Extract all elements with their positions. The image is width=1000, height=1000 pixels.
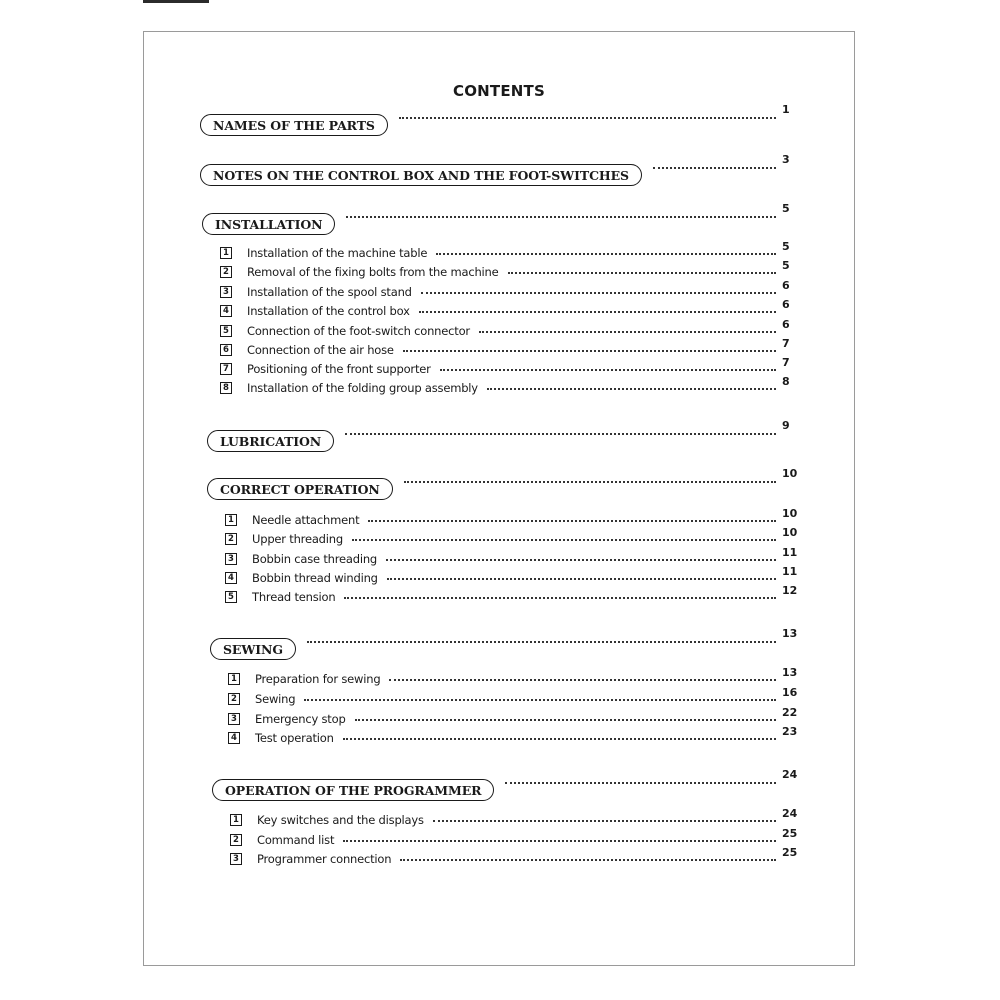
dot-leader <box>403 350 776 352</box>
boxed-number: 3 <box>228 713 240 725</box>
dot-leader <box>389 679 776 681</box>
toc-section[interactable]: SEWING <box>210 634 296 664</box>
toc-section[interactable]: INSTALLATION <box>202 209 335 239</box>
entry-title[interactable]: Emergency stop <box>255 712 346 726</box>
toc-entry[interactable]: 2Command list <box>230 831 334 849</box>
dot-leader <box>440 369 776 371</box>
entry-page-number: 11 <box>782 546 797 559</box>
entry-page-number: 11 <box>782 565 797 578</box>
toc-entry[interactable]: 1Preparation for sewing <box>228 670 380 688</box>
entry-page-number: 13 <box>782 666 797 679</box>
toc-entry[interactable]: 2Removal of the fixing bolts from the ma… <box>220 263 499 281</box>
entry-page-number: 7 <box>782 356 790 369</box>
dot-leader <box>387 578 776 580</box>
boxed-number: 5 <box>225 591 237 603</box>
boxed-number: 1 <box>228 673 240 685</box>
entry-page-number: 22 <box>782 706 797 719</box>
toc-entry[interactable]: 1Installation of the machine table <box>220 244 427 262</box>
section-page-number: 1 <box>782 103 790 116</box>
boxed-number: 2 <box>220 266 232 278</box>
dot-leader <box>346 216 776 218</box>
dot-leader <box>404 481 776 483</box>
dot-leader <box>343 738 776 740</box>
section-heading[interactable]: INSTALLATION <box>202 213 335 235</box>
boxed-number: 4 <box>225 572 237 584</box>
entry-title[interactable]: Connection of the air hose <box>247 343 394 357</box>
dot-leader <box>343 840 776 842</box>
entry-title[interactable]: Test operation <box>255 731 334 745</box>
boxed-number: 6 <box>220 344 232 356</box>
boxed-number: 1 <box>230 814 242 826</box>
toc-entry[interactable]: 4Installation of the control box <box>220 302 410 320</box>
boxed-number: 2 <box>225 533 237 545</box>
entry-page-number: 24 <box>782 807 797 820</box>
toc-section[interactable]: OPERATION OF THE PROGRAMMER <box>212 775 494 805</box>
boxed-number: 4 <box>228 732 240 744</box>
boxed-number: 1 <box>220 247 232 259</box>
entry-title[interactable]: Preparation for sewing <box>255 672 380 686</box>
toc-section[interactable]: CORRECT OPERATION <box>207 474 393 504</box>
dot-leader <box>487 388 776 390</box>
entry-title[interactable]: Installation of the spool stand <box>247 285 412 299</box>
entry-page-number: 10 <box>782 507 797 520</box>
dot-leader <box>386 559 776 561</box>
toc-entry[interactable]: 5Connection of the foot-switch connector <box>220 322 470 340</box>
dot-leader <box>433 820 776 822</box>
entry-page-number: 16 <box>782 686 797 699</box>
scan-edge-mark <box>143 0 209 3</box>
dot-leader <box>419 311 776 313</box>
entry-page-number: 25 <box>782 846 797 859</box>
section-page-number: 3 <box>782 153 790 166</box>
dot-leader <box>344 597 776 599</box>
section-heading[interactable]: LUBRICATION <box>207 430 334 452</box>
boxed-number: 8 <box>220 382 232 394</box>
section-page-number: 9 <box>782 419 790 432</box>
boxed-number: 7 <box>220 363 232 375</box>
dot-leader <box>352 539 776 541</box>
toc-entry[interactable]: 6Connection of the air hose <box>220 341 394 359</box>
entry-title[interactable]: Installation of the folding group assemb… <box>247 381 478 395</box>
entry-title[interactable]: Upper threading <box>252 532 343 546</box>
dot-leader <box>304 699 776 701</box>
toc-section[interactable]: NAMES OF THE PARTS <box>200 110 388 140</box>
entry-title[interactable]: Thread tension <box>252 590 335 604</box>
entry-page-number: 23 <box>782 725 797 738</box>
toc-entry[interactable]: 3Emergency stop <box>228 710 346 728</box>
dot-leader <box>479 331 776 333</box>
dot-leader <box>436 253 776 255</box>
dot-leader <box>508 272 777 274</box>
boxed-number: 3 <box>225 553 237 565</box>
entry-title[interactable]: Connection of the foot-switch connector <box>247 324 470 338</box>
toc-entry[interactable]: 3Installation of the spool stand <box>220 283 412 301</box>
dot-leader <box>653 167 776 169</box>
toc-entry[interactable]: 3Bobbin case threading <box>225 550 377 568</box>
entry-title[interactable]: Installation of the machine table <box>247 246 427 260</box>
entry-title[interactable]: Bobbin case threading <box>252 552 377 566</box>
entry-page-number: 10 <box>782 526 797 539</box>
entry-title[interactable]: Installation of the control box <box>247 304 410 318</box>
boxed-number: 3 <box>230 853 242 865</box>
boxed-number: 5 <box>220 325 232 337</box>
entry-page-number: 6 <box>782 298 790 311</box>
toc-entry[interactable]: 2Sewing <box>228 690 295 708</box>
entry-page-number: 5 <box>782 259 790 272</box>
section-heading[interactable]: NOTES ON THE CONTROL BOX AND THE FOOT-SW… <box>200 164 642 186</box>
section-heading[interactable]: NAMES OF THE PARTS <box>200 114 388 136</box>
toc-entry[interactable]: 8Installation of the folding group assem… <box>220 379 478 397</box>
entry-title[interactable]: Command list <box>257 833 334 847</box>
dot-leader <box>307 641 776 643</box>
entry-title[interactable]: Key switches and the displays <box>257 813 424 827</box>
dot-leader <box>368 520 776 522</box>
entry-page-number: 5 <box>782 240 790 253</box>
boxed-number: 4 <box>220 305 232 317</box>
toc-entry[interactable]: 2Upper threading <box>225 530 343 548</box>
entry-page-number: 8 <box>782 375 790 388</box>
entry-page-number: 12 <box>782 584 797 597</box>
entry-title[interactable]: Positioning of the front supporter <box>247 362 431 376</box>
toc-section[interactable]: LUBRICATION <box>207 426 334 456</box>
section-page-number: 24 <box>782 768 797 781</box>
toc-entry[interactable]: 1Needle attachment <box>225 511 359 529</box>
section-heading[interactable]: OPERATION OF THE PROGRAMMER <box>212 779 494 801</box>
entry-page-number: 6 <box>782 318 790 331</box>
section-heading[interactable]: CORRECT OPERATION <box>207 478 393 500</box>
entry-title[interactable]: Sewing <box>255 692 295 706</box>
toc-section[interactable]: NOTES ON THE CONTROL BOX AND THE FOOT-SW… <box>200 160 642 190</box>
boxed-number: 3 <box>220 286 232 298</box>
dot-leader <box>421 292 776 294</box>
toc-entry[interactable]: 3Programmer connection <box>230 850 391 868</box>
page-title: CONTENTS <box>144 82 854 100</box>
toc-entry[interactable]: 1Key switches and the displays <box>230 811 424 829</box>
toc-entry[interactable]: 4Test operation <box>228 729 334 747</box>
dot-leader <box>345 433 776 435</box>
entry-title[interactable]: Bobbin thread winding <box>252 571 378 585</box>
dot-leader <box>400 859 776 861</box>
dot-leader <box>399 117 776 119</box>
dot-leader <box>505 782 776 784</box>
section-page-number: 13 <box>782 627 797 640</box>
contents-page: CONTENTS NAMES OF THE PARTS1NOTES ON THE… <box>143 31 855 966</box>
entry-page-number: 7 <box>782 337 790 350</box>
boxed-number: 1 <box>225 514 237 526</box>
section-page-number: 5 <box>782 202 790 215</box>
entry-title[interactable]: Needle attachment <box>252 513 359 527</box>
toc-entry[interactable]: 5Thread tension <box>225 588 335 606</box>
toc-entry[interactable]: 7Positioning of the front supporter <box>220 360 431 378</box>
toc-entry[interactable]: 4Bobbin thread winding <box>225 569 378 587</box>
boxed-number: 2 <box>230 834 242 846</box>
dot-leader <box>355 719 776 721</box>
entry-page-number: 6 <box>782 279 790 292</box>
entry-title[interactable]: Removal of the fixing bolts from the mac… <box>247 265 499 279</box>
section-page-number: 10 <box>782 467 797 480</box>
section-heading[interactable]: SEWING <box>210 638 296 660</box>
entry-page-number: 25 <box>782 827 797 840</box>
boxed-number: 2 <box>228 693 240 705</box>
entry-title[interactable]: Programmer connection <box>257 852 391 866</box>
